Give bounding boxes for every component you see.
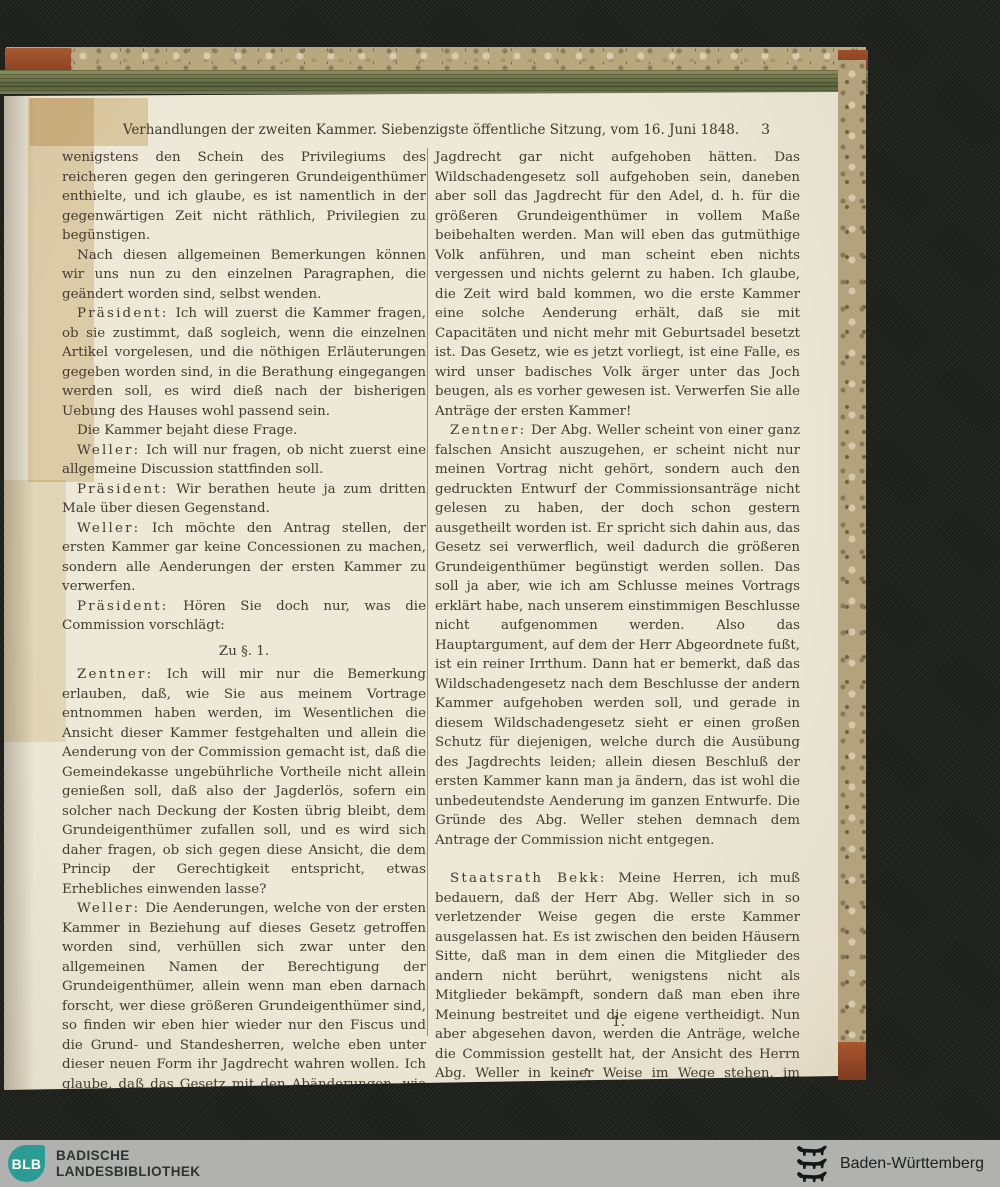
speaker-name: Staatsrath Bekk: bbox=[450, 871, 607, 886]
library-name: BADISCHE LANDESBIBLIOTHEK bbox=[56, 1148, 200, 1180]
running-header: Verhandlungen der zweiten Kammer. Sieben… bbox=[62, 122, 800, 138]
speaker-name: Zentner: bbox=[450, 423, 526, 438]
paragraph: Nach diesen allgemeinen Bemerkungen könn… bbox=[62, 246, 426, 305]
speaker-name: Präsident: bbox=[77, 599, 169, 614]
paragraph: Präsident: Wir berathen heute ja zum dri… bbox=[62, 480, 426, 519]
column-divider-rule bbox=[427, 148, 428, 1036]
scanned-page: Verhandlungen der zweiten Kammer. Sieben… bbox=[4, 92, 838, 1090]
library-name-line2: LANDESBIBLIOTHEK bbox=[56, 1164, 200, 1180]
paragraph: Weller: Die Aenderungen, welche von der … bbox=[62, 899, 426, 1153]
speaker-name: Zentner: bbox=[77, 667, 153, 682]
speaker-name: Weller: bbox=[77, 443, 140, 458]
running-header-title: Verhandlungen der zweiten Kammer. Sieben… bbox=[123, 122, 739, 138]
cover-fore-edge bbox=[838, 60, 866, 1080]
library-footer-bar: BLB BADISCHE LANDESBIBLIOTHEK Baden-Würt… bbox=[0, 1140, 1000, 1187]
library-name-line1: BADISCHE bbox=[56, 1148, 200, 1164]
library-branding: BLB BADISCHE LANDESBIBLIOTHEK bbox=[8, 1140, 200, 1187]
paragraph: Zentner: Der Abg. Weller scheint von ein… bbox=[435, 421, 800, 850]
paragraph: Zentner: Ich will mir nur die Bemerkung … bbox=[62, 665, 426, 899]
blb-logo: BLB bbox=[8, 1145, 45, 1182]
scan-background: Verhandlungen der zweiten Kammer. Sieben… bbox=[0, 0, 1000, 1140]
state-branding: Baden-Württemberg bbox=[794, 1140, 984, 1187]
leather-corner-left bbox=[5, 48, 71, 71]
paragraph: Präsident: Ich will zuerst die Kammer fr… bbox=[62, 304, 426, 421]
speaker-name: Präsident: bbox=[77, 482, 169, 497]
text-column-left: wenigstens den Schein des Privilegiums d… bbox=[62, 148, 426, 1153]
section-heading: Zu §. 1. bbox=[62, 642, 426, 662]
paragraph: Jagdrecht gar nicht aufgehoben hätten. D… bbox=[435, 148, 800, 421]
baden-wuerttemberg-lions-icon bbox=[794, 1144, 830, 1184]
blb-logo-text: BLB bbox=[12, 1156, 42, 1172]
page-block-top-edges bbox=[0, 70, 868, 94]
state-name: Baden-Württemberg bbox=[840, 1155, 984, 1173]
page-number: 3 bbox=[761, 122, 770, 138]
speaker-name: Präsident: bbox=[77, 306, 169, 321]
paragraph: Weller: Ich will nur fragen, ob nicht zu… bbox=[62, 441, 426, 480]
paper-stain bbox=[4, 480, 66, 742]
paragraph: Weller: Ich möchte den Antrag stellen, d… bbox=[62, 519, 426, 597]
paragraph: Die Kammer bejaht diese Frage. bbox=[62, 421, 426, 441]
paragraph: wenigstens den Schein des Privilegiums d… bbox=[62, 148, 426, 246]
signature-mark: 1. bbox=[612, 1014, 625, 1030]
text-column-right: Jagdrecht gar nicht aufgehoben hätten. D… bbox=[435, 148, 800, 1162]
paragraph: Präsident: Hören Sie doch nur, was die C… bbox=[62, 597, 426, 636]
speaker-name: Weller: bbox=[77, 901, 140, 916]
speaker-name: Weller: bbox=[77, 521, 140, 536]
